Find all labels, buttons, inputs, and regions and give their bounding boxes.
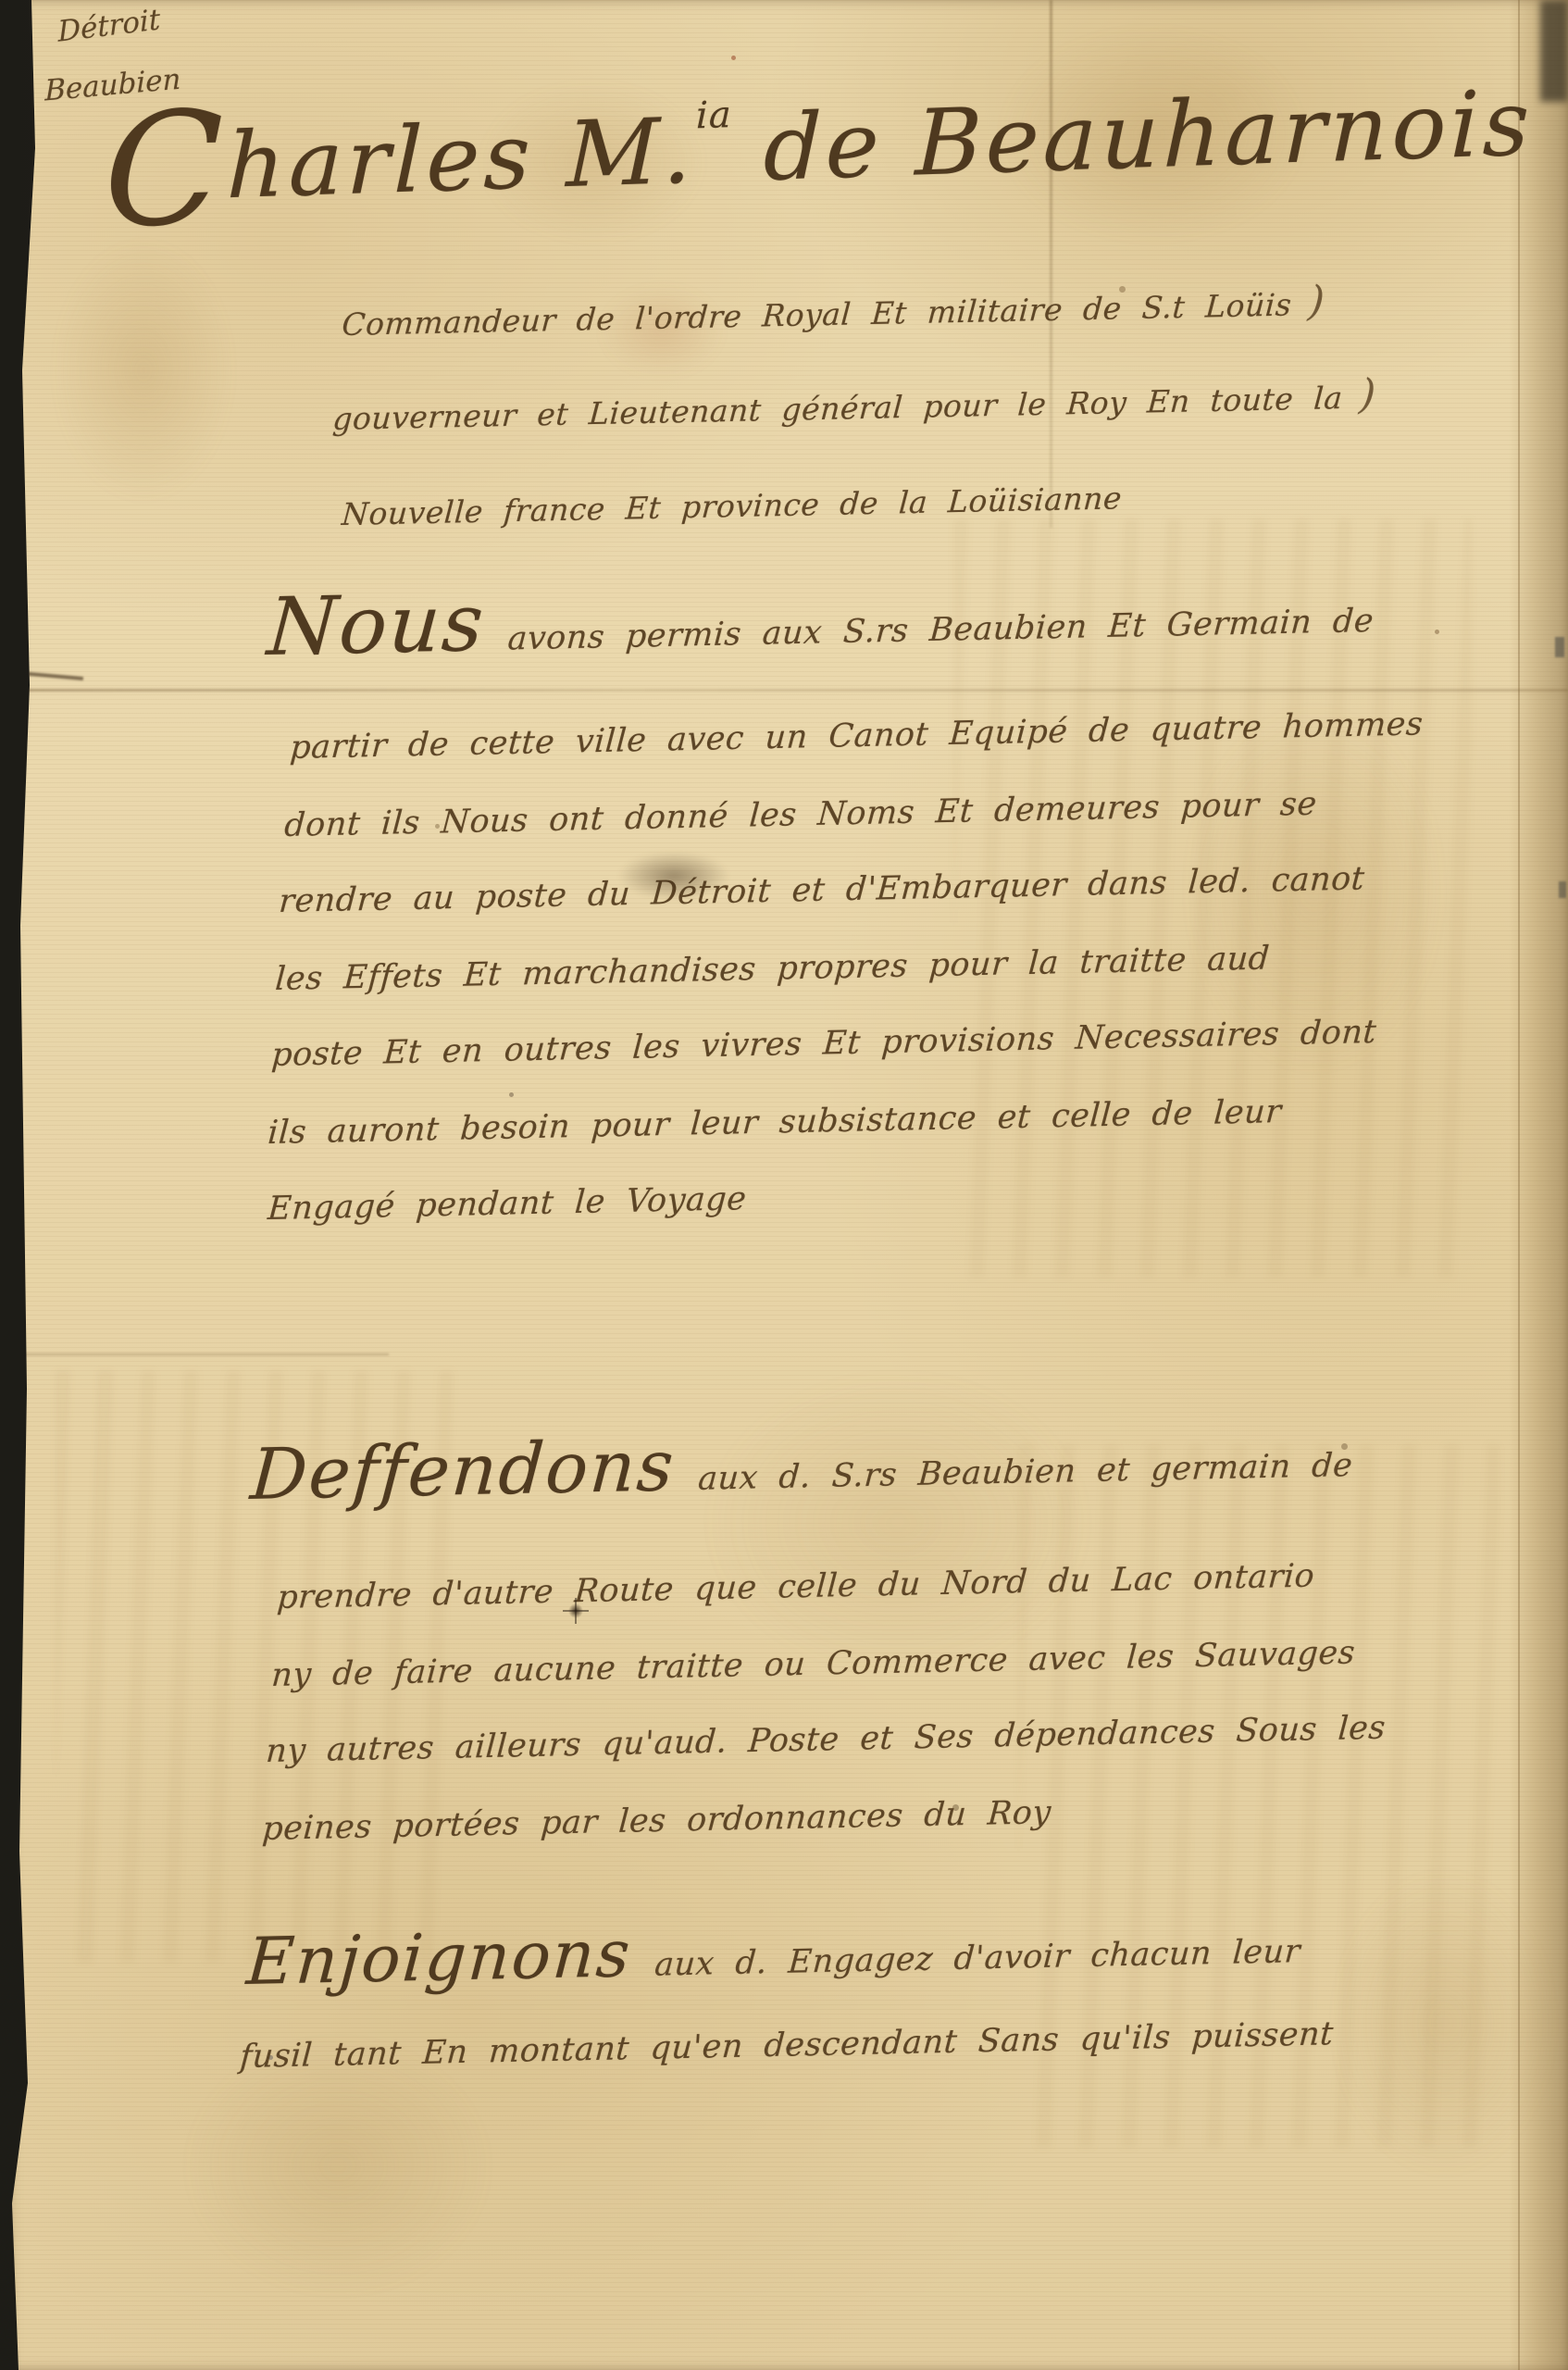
stain <box>185 2037 491 2296</box>
ink-blot <box>568 1603 583 1618</box>
stain <box>56 241 231 500</box>
manuscript-paper: Détroit Beaubien Charles M.ia de Beauhar… <box>0 0 1568 2370</box>
paragraph-lead: Deffendons <box>248 1424 678 1516</box>
fold-crease-horizontal <box>0 1353 389 1355</box>
title-initial: C <box>103 77 229 263</box>
line-flourish: ) <box>1358 370 1377 418</box>
margin-note-detroit: Détroit <box>56 3 161 49</box>
manuscript-line: aux d. Engagez d'avoir chacun leur <box>653 1933 1301 1984</box>
scan-bed: Détroit Beaubien Charles M.ia de Beauhar… <box>0 0 1568 2370</box>
subtitle-line: gouverneur et Lieutenant général pour le… <box>331 370 1377 440</box>
manuscript-line: avons permis aux S.rs Beaubien Et Germai… <box>506 603 1375 658</box>
document-title: Charles M.ia de Beauharnois <box>103 46 1535 249</box>
subtitle-text: gouverneur et Lieutenant général pour le… <box>331 380 1344 437</box>
top-right-corner-shadow <box>1540 0 1568 102</box>
paragraph-lead: Nous <box>265 577 488 674</box>
fold-crease-horizontal <box>0 689 1568 692</box>
ink-specks <box>731 56 736 60</box>
manuscript-line: Engagé pendant le Voyage <box>267 1180 748 1228</box>
title-superscript: ia <box>696 94 733 137</box>
paragraph-lead: Enjoignons <box>244 1915 634 2000</box>
subtitle-text: Commandeur de l'ordre Royal Et militaire… <box>341 286 1292 343</box>
edge-crack <box>19 671 83 680</box>
edge-mark <box>1559 881 1566 898</box>
line-flourish: ) <box>1307 278 1326 325</box>
manuscript-line: aux d. S.rs Beaubien et germain de <box>697 1447 1354 1498</box>
ink-smudge <box>618 852 729 900</box>
right-edge-line <box>1518 0 1520 2370</box>
subtitle-line: Commandeur de l'ordre Royal Et militaire… <box>341 278 1326 345</box>
title-first: harles M. <box>226 98 697 219</box>
title-rest: de Beauharnois <box>730 70 1534 203</box>
edge-mark <box>1555 637 1564 657</box>
